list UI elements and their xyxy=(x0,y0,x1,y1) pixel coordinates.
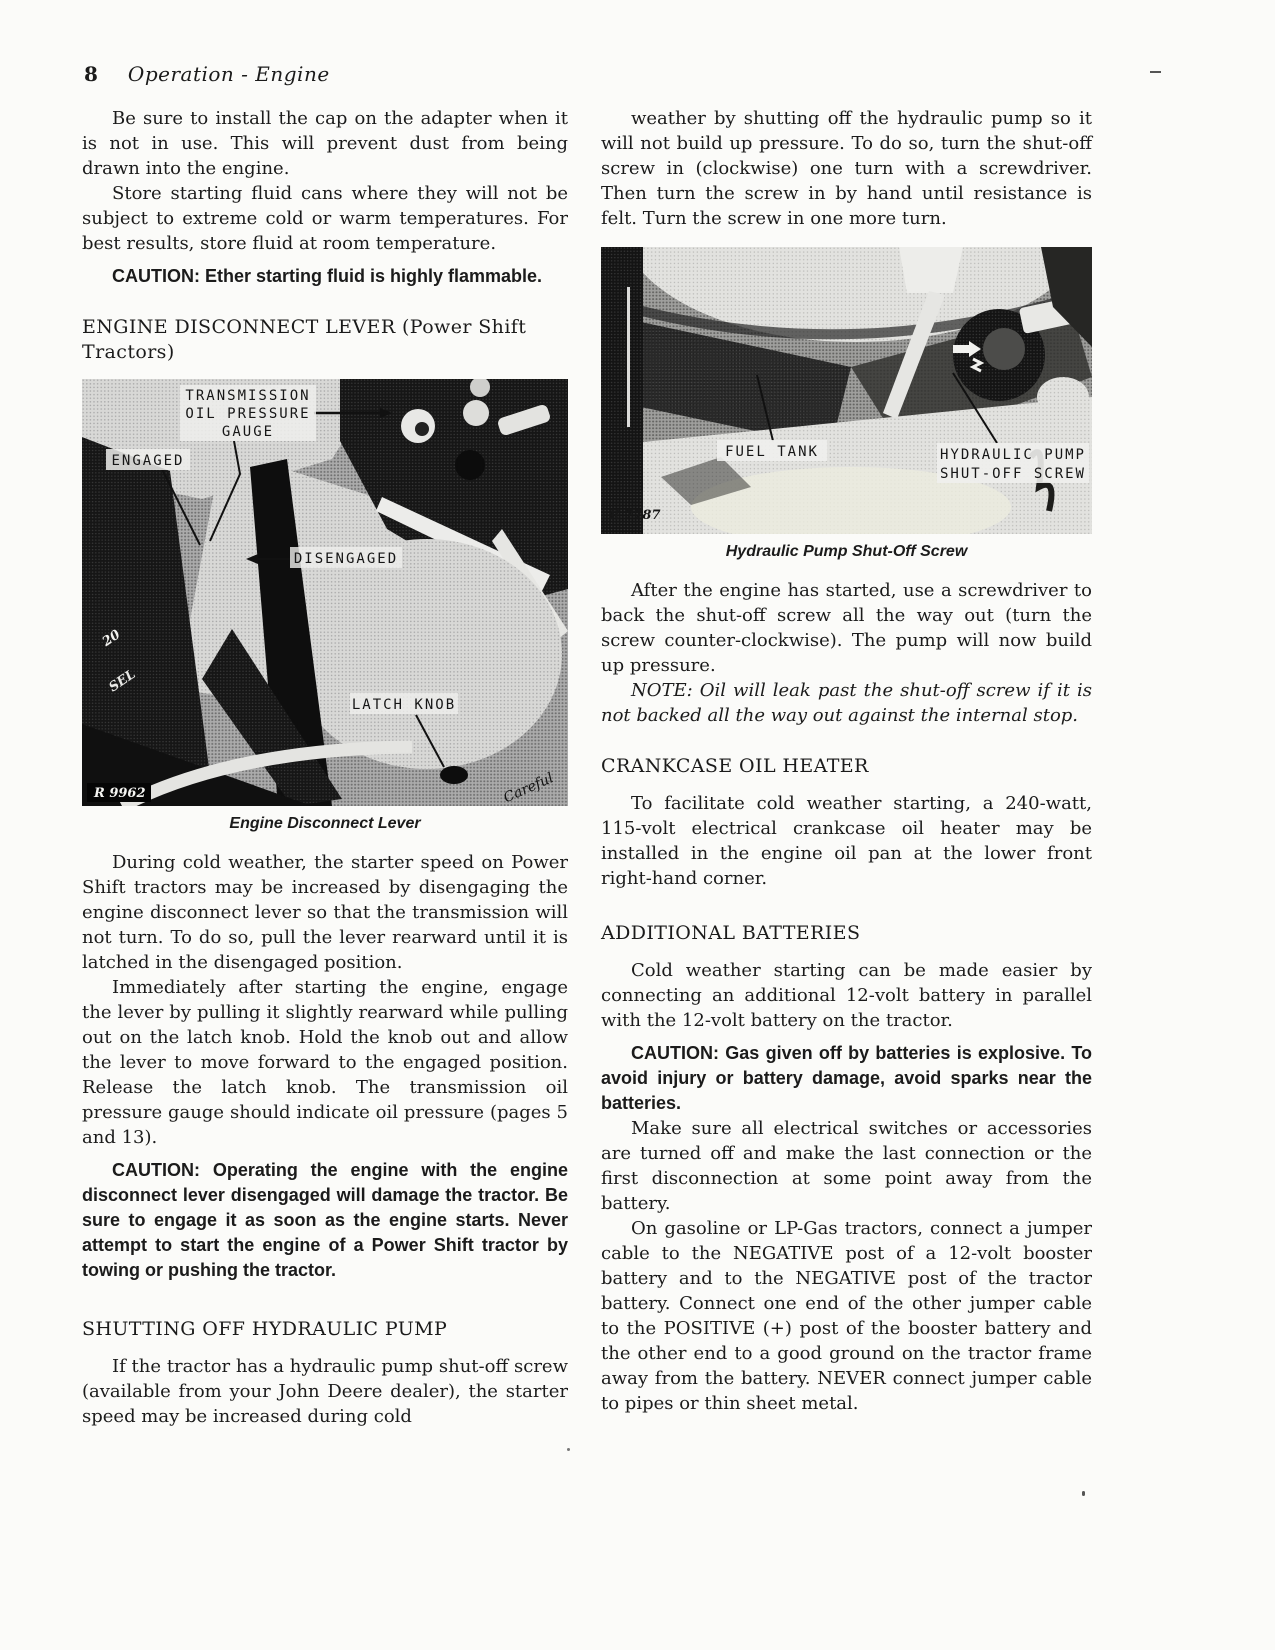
paragraph-immediately: Immediately after starting the engine, e… xyxy=(82,975,568,1150)
scan-artifact xyxy=(567,1448,570,1451)
paragraph-after-engine: After the engine has started, use a scre… xyxy=(601,578,1092,678)
label-oil-pressure: OIL PRESSURE xyxy=(185,406,310,422)
paragraph-facilitate: To facilitate cold weather starting, a 2… xyxy=(601,791,1092,891)
paragraph-weather: weather by shutting off the hydraulic pu… xyxy=(601,106,1092,231)
heading-shutting-off-pump: SHUTTING OFF HYDRAULIC PUMP xyxy=(82,1317,568,1342)
paragraph-during-cold: During cold weather, the starter speed o… xyxy=(82,850,568,975)
caution-ether: CAUTION: Ether starting fluid is highly … xyxy=(82,264,568,289)
label-shut-off-screw: SHUT-OFF SCREW xyxy=(940,466,1086,482)
hydraulic-pump-caption: Hydraulic Pump Shut-Off Screw xyxy=(601,542,1092,562)
heading-engine-disconnect-lever: ENGINE DISCONNECT LEVER (Power Shift Tra… xyxy=(82,315,568,365)
engine-disconnect-photo: 20 SEL TRANSMISSION OIL PRESSURE GAUGE E… xyxy=(82,379,568,806)
hydraulic-pump-photo: FUEL TANK HYDRAULIC PUMP SHUT-OFF SCREW … xyxy=(601,247,1092,534)
paragraph-store-fluid: Store starting fluid cans where they wil… xyxy=(82,181,568,256)
label-gauge: GAUGE xyxy=(222,424,274,440)
photo-id-tag: R 9962 xyxy=(93,786,146,801)
label-transmission: TRANSMISSION xyxy=(185,388,310,404)
heading-additional-batteries: ADDITIONAL BATTERIES xyxy=(601,921,1092,946)
note-oil-leak: NOTE: Oil will leak past the shut-off sc… xyxy=(601,678,1092,728)
paragraph-switches: Make sure all electrical switches or acc… xyxy=(601,1116,1092,1216)
label-disengaged: DISENGAGED xyxy=(294,551,398,567)
photo-id-tag: R 7787 xyxy=(608,508,661,523)
page-number: 8 xyxy=(84,62,98,86)
engine-disconnect-caption: Engine Disconnect Lever xyxy=(82,814,568,834)
label-engaged: ENGAGED xyxy=(111,453,184,469)
label-fuel-tank: FUEL TANK xyxy=(725,444,819,460)
label-latch-knob: LATCH KNOB xyxy=(352,697,456,713)
paragraph-install-cap: Be sure to install the cap on the adapte… xyxy=(82,106,568,181)
right-column: weather by shutting off the hydraulic pu… xyxy=(601,106,1092,1416)
hydraulic-pump-photo-image: FUEL TANK HYDRAULIC PUMP SHUT-OFF SCREW … xyxy=(601,247,1092,534)
scan-artifact xyxy=(1082,1491,1085,1496)
paragraph-if-tractor: If the tractor has a hydraulic pump shut… xyxy=(82,1354,568,1429)
scan-artifact xyxy=(1150,71,1161,73)
paragraph-jumper: On gasoline or LP-Gas tractors, connect … xyxy=(601,1216,1092,1416)
left-column: Be sure to install the cap on the adapte… xyxy=(82,106,568,1429)
engine-disconnect-photo-image: 20 SEL TRANSMISSION OIL PRESSURE GAUGE E… xyxy=(82,379,568,806)
label-hydraulic-pump: HYDRAULIC PUMP xyxy=(940,447,1086,463)
paragraph-cold-weather: Cold weather starting can be made easier… xyxy=(601,958,1092,1033)
heading-crankcase-oil-heater: CRANKCASE OIL HEATER xyxy=(601,754,1092,779)
running-title: Operation - Engine xyxy=(128,62,330,86)
caution-gas: CAUTION: Gas given off by batteries is e… xyxy=(601,1041,1092,1116)
page-header: 8Operation - Engine xyxy=(84,62,330,86)
caution-operating: CAUTION: Operating the engine with the e… xyxy=(82,1158,568,1283)
